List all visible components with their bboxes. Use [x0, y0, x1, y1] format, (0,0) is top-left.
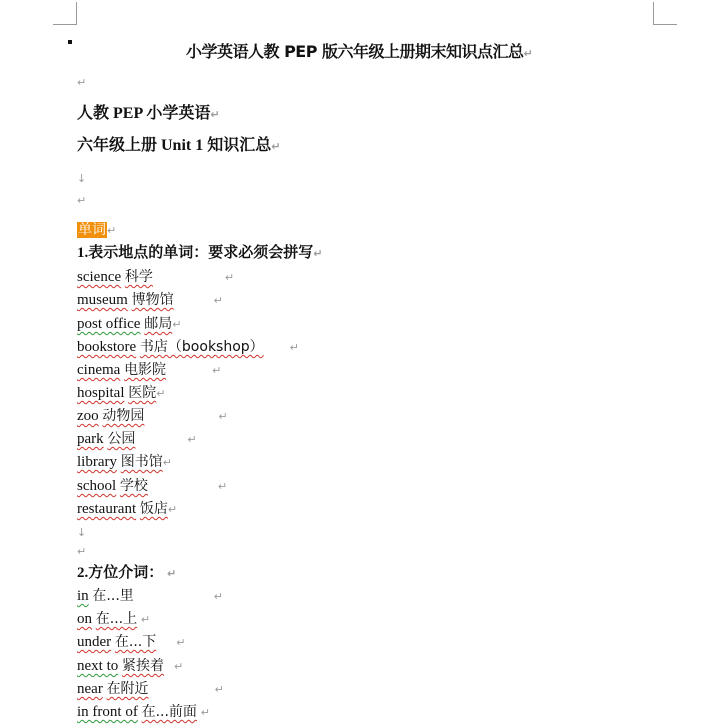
paragraph-mark-icon: ↵ [214, 294, 223, 307]
paragraph-mark-icon: ↵ [290, 341, 299, 354]
list-item: museum 博物馆↵ [77, 290, 223, 311]
paragraph-mark-icon: ↵ [141, 613, 150, 626]
page-corner-mark-top-left [76, 2, 77, 25]
line-break: ↓ [77, 168, 86, 189]
list-item: restaurant 饭店↵ [77, 499, 177, 520]
paragraph-mark-icon: ↵ [77, 545, 86, 558]
list-item: on 在...上 ↵ [77, 609, 150, 630]
list-item: post office 邮局↵ [77, 314, 181, 335]
list-item: under 在...下↵ [77, 632, 185, 653]
paragraph-mark-icon: ↵ [187, 433, 196, 446]
paragraph-mark-icon: ↵ [210, 108, 219, 121]
empty-paragraph: ↵ [77, 72, 86, 93]
paragraph-mark-icon: ↵ [225, 271, 234, 284]
list-item: bookstore 书店（bookshop）↵ [77, 337, 299, 358]
list-item: park 公园↵ [77, 429, 197, 450]
group1-heading: 1.表示地点的单词：要求必须会拼写↵ [77, 243, 322, 264]
page-corner-mark-top-left [53, 24, 77, 25]
line-break-icon: ↓ [77, 172, 86, 185]
paragraph-mark-icon: ↵ [214, 590, 223, 603]
group2-heading: 2.方位介词： ↵ [77, 563, 176, 584]
paragraph-mark-icon: ↵ [215, 683, 224, 696]
list-item: zoo 动物园↵ [77, 406, 228, 427]
paragraph-mark-icon: ↵ [174, 660, 183, 673]
paragraph-mark-icon: ↵ [524, 47, 533, 60]
paragraph-mark-icon: ↵ [167, 567, 176, 580]
list-item: next to 紧挨着↵ [77, 656, 183, 677]
page-corner-mark-top-right [653, 24, 677, 25]
list-item: in 在...里↵ [77, 586, 223, 607]
page-corner-mark-top-right [653, 2, 654, 25]
list-item: library 图书馆↵ [77, 452, 172, 473]
line-break: ↓ [77, 522, 86, 543]
paragraph-mark-icon: ↵ [271, 140, 280, 153]
highlighted-section-label: 单词 [77, 222, 107, 238]
paragraph-anchor-icon [68, 40, 72, 44]
paragraph-mark-icon: ↵ [77, 76, 86, 89]
list-item: science 科学↵ [77, 267, 234, 288]
paragraph-mark-icon: ↵ [201, 706, 210, 719]
paragraph-mark-icon: ↵ [156, 387, 165, 400]
paragraph-mark-icon: ↵ [172, 318, 181, 331]
paragraph-mark-icon: ↵ [313, 247, 322, 260]
list-item: hospital 医院↵ [77, 383, 165, 404]
subtitle-1: 人教 PEP 小学英语↵ [77, 104, 220, 125]
section-label: 单词↵ [77, 220, 116, 241]
list-item: near 在附近↵ [77, 679, 224, 700]
list-item: cinema 电影院↵ [77, 360, 221, 381]
paragraph-mark-icon: ↵ [168, 503, 177, 516]
list-item: school 学校↵ [77, 476, 227, 497]
subtitle-2: 六年级上册 Unit 1 知识汇总↵ [77, 136, 280, 157]
paragraph-mark-icon: ↵ [212, 364, 221, 377]
empty-paragraph: ↵ [77, 190, 86, 211]
list-item: in front of 在...前面 ↵ [77, 702, 210, 723]
paragraph-mark-icon: ↵ [163, 456, 172, 469]
paragraph-mark-icon: ↵ [107, 224, 116, 237]
paragraph-mark-icon: ↵ [77, 194, 86, 207]
line-break-icon: ↓ [77, 526, 86, 539]
paragraph-mark-icon: ↵ [176, 636, 185, 649]
document-title: 小学英语人教 PEP 版六年级上册期末知识点汇总↵ [186, 39, 532, 62]
empty-paragraph: ↵ [77, 541, 86, 562]
paragraph-mark-icon: ↵ [218, 480, 227, 493]
paragraph-mark-icon: ↵ [218, 410, 227, 423]
